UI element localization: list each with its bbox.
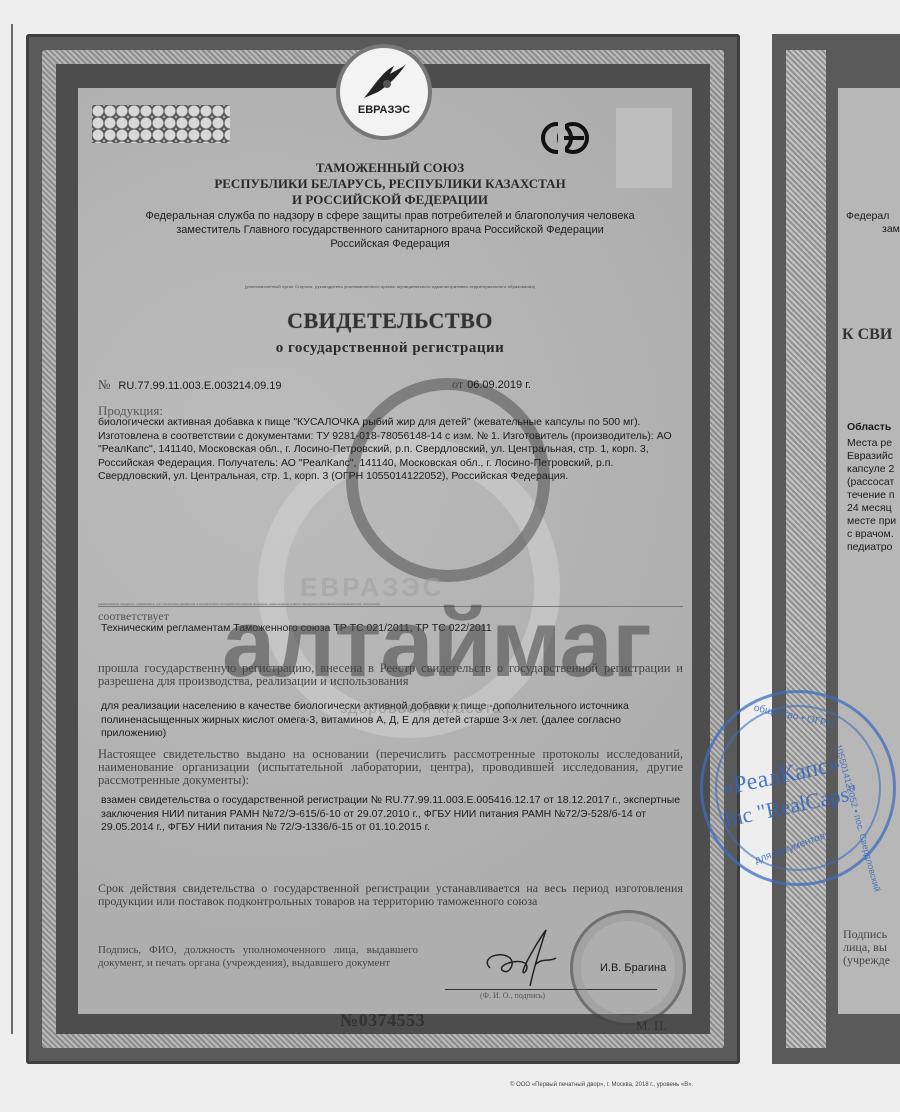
signature-caption: (Ф. И. О., подпись) [480,991,545,1000]
appendix-section-label: Область [847,421,891,434]
certificate-number: №RU.77.99.11.003.Е.003214.09.19 [98,377,282,393]
company-stamp: общество • ОГРН 1055014122052 • пос. Све… [700,690,896,886]
document-title: СВИДЕТЕЛЬСТВО [78,308,702,334]
signature-icon [480,928,570,988]
se-mark-icon [540,120,590,156]
product-description: биологически активная добавка к пище "КУ… [98,416,683,484]
appendix-title: К СВИ [842,328,892,341]
authority-heading: Федеральная служба по надзору в сфере за… [78,209,702,251]
validity-statement: Срок действия свидетельства о государств… [98,882,683,908]
union-heading: ТАМОЖЕННЫЙ СОЮЗ РЕСПУБЛИКИ БЕЛАРУСЬ, РЕС… [78,160,702,208]
basis-label: Настоящее свидетельство выдано на основа… [98,748,683,787]
official-seal [570,910,686,1026]
watermark-tagline: здоровье и красота [340,700,502,718]
appendix-guilloche-border [786,50,826,1048]
emblem-label: ЕВРАЗЭС [340,104,428,116]
watermark-brand: алтаймаг [222,596,651,692]
evrazes-emblem: ЕВРАЗЭС [336,44,432,140]
printer-note: © ООО «Первый печатный двор», г. Москва,… [510,1082,693,1088]
authority-note: (уполномоченный орган Стороны, руководит… [78,284,702,289]
signature-label: Подпись, ФИО, должность уполномоченного … [98,944,418,970]
bird-emblem-icon [360,62,408,102]
appendix-header: Федерал [846,210,889,223]
scan-edge [11,24,13,1034]
document-subtitle: о государственной регистрации [78,340,702,357]
serial-number: №0374553 [340,1010,425,1031]
seal-placeholder: М. П. [636,1018,667,1034]
security-pattern [92,105,230,143]
certificate-date: от06.09.2019 г. [452,377,531,392]
basis-documents: взамен свидетельства о государственной р… [101,794,686,835]
